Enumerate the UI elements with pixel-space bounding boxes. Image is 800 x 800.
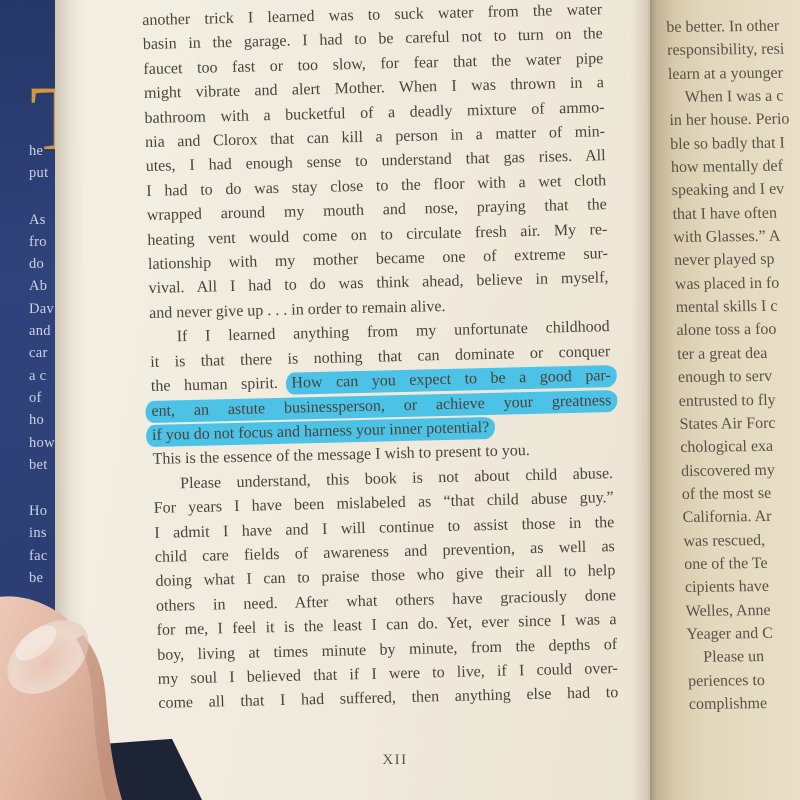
cover-text-line: ho — [29, 409, 55, 431]
text-line: complishme — [688, 690, 800, 717]
text-line: discovered my — [681, 456, 800, 483]
cover-text-line: Ho — [29, 500, 55, 522]
cover-text-line: car — [29, 342, 55, 364]
text-line: enough to serv — [678, 363, 800, 390]
cover-text-line: he — [29, 140, 55, 162]
text-line: that I have often — [672, 200, 800, 227]
text-line: Please un — [687, 643, 800, 670]
page-number: XII — [335, 752, 455, 769]
right-page-text: be better. In otherresponsibility, resil… — [666, 13, 800, 716]
text-line: mental skills I c — [675, 293, 800, 320]
cover-text-line: a c — [29, 365, 55, 387]
text-line: When I was a c — [668, 83, 800, 110]
text-line: States Air Forc — [679, 410, 800, 437]
cover-text-line: and — [29, 320, 55, 342]
text-line: California. Ar — [682, 503, 800, 530]
cover-text-line: put — [29, 162, 55, 184]
body-text: and never give up . . . in order to rema… — [149, 298, 446, 322]
text-line: Welles, Anne — [685, 596, 800, 623]
text-line: ter a great dea — [677, 340, 800, 367]
text-line: was rescued, — [683, 526, 800, 553]
text-line: was placed in fo — [675, 270, 800, 297]
cover-text-line: fro — [29, 231, 55, 253]
text-line: in her house. Perio — [669, 106, 800, 133]
cover-text-fragments: heputAsfrodoAbDavandcara cofhohowbetHoin… — [29, 140, 55, 589]
text-line: cipients have — [685, 573, 800, 600]
text-line: chological exa — [680, 433, 800, 460]
cover-text-line: fac — [29, 545, 55, 567]
text-line: responsibility, resi — [667, 36, 800, 63]
book-photo: { "colors": { "highlight": "#4cc3e6", "l… — [0, 0, 800, 800]
cover-text-line: bet — [29, 454, 55, 476]
cover-text-line: ins — [29, 522, 55, 544]
text-line: be better. In other — [666, 13, 800, 40]
text-line: speaking and I ev — [671, 176, 800, 203]
cover-text-line: Ab — [29, 275, 55, 297]
text-line: with Glasses.” A — [673, 223, 800, 250]
text-line: entrusted to fly — [678, 386, 800, 413]
text-line: how mentally def — [671, 153, 800, 180]
cover-text-line: of — [29, 387, 55, 409]
cover-text-line: Dav — [29, 298, 55, 320]
text-line: of the most se — [681, 480, 800, 507]
cover-text-line: As — [29, 209, 55, 231]
right-book-page: be better. In otherresponsibility, resil… — [650, 0, 800, 800]
body-text: the human spirit. — [151, 375, 292, 395]
text-line: learn at a younger — [668, 60, 800, 87]
text-line: one of the Te — [684, 550, 800, 577]
text-line: alone toss a foo — [676, 316, 800, 343]
text-line: Yeager and C — [686, 620, 800, 647]
text-line: ble so badly that I — [670, 130, 800, 157]
thumb — [0, 585, 190, 800]
text-line: periences to — [688, 666, 800, 693]
cover-text-line: how — [29, 432, 55, 454]
cover-text-line: do — [29, 253, 55, 275]
left-page-text: another trick I learned was to suck wate… — [142, 0, 619, 717]
text-line: never played sp — [674, 246, 800, 273]
